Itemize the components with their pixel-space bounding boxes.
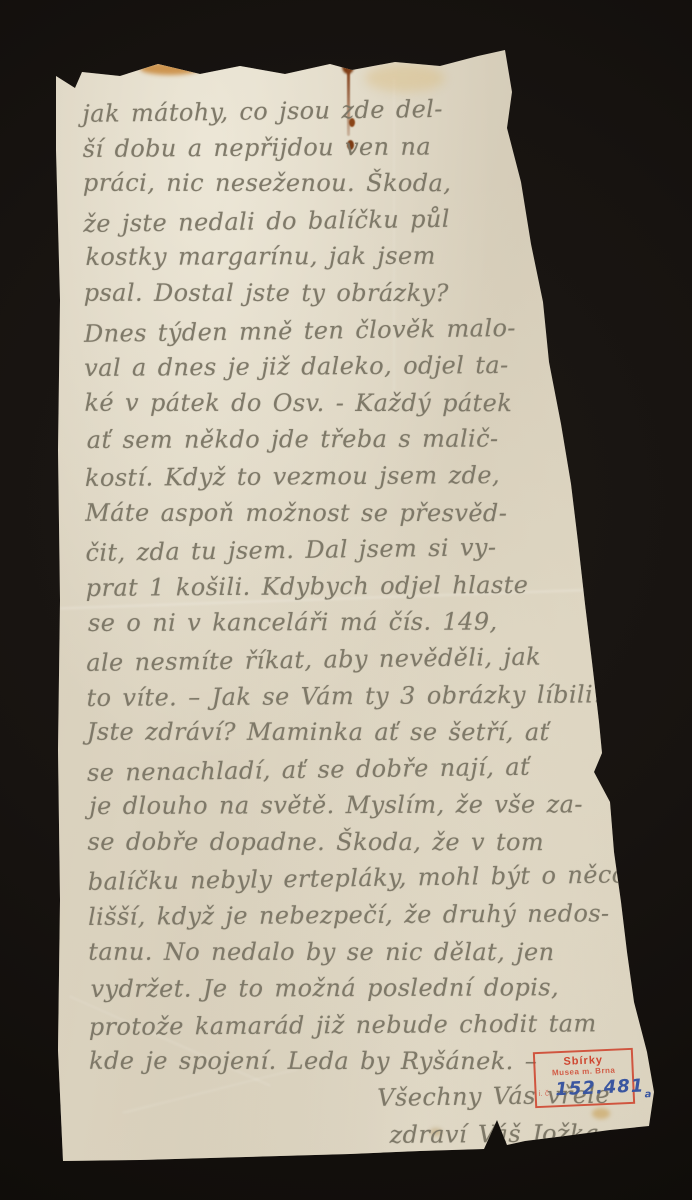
- edge-stain: [140, 62, 200, 75]
- letter-line: je dlouho na světě. Myslím, že vše za-: [89, 786, 649, 825]
- letter-line: čit, zda tu jsem. Dal jsem si vy-: [85, 527, 645, 571]
- letter-line: ší dobu a nepřijdou ven na: [83, 127, 643, 168]
- letter-line: Máte aspoň možnost se přesvěd-: [85, 494, 645, 531]
- inventory-prefix: i. č.: [538, 1088, 551, 1098]
- inventory-suffix: a: [644, 1089, 651, 1100]
- letter-line: ké v pátek do Osv. - Každý pátek: [84, 385, 644, 422]
- letter-line: vydržet. Je to možná poslední dopis,: [90, 969, 650, 1008]
- letter-line: ale nesmíte říkat, aby nevěděli, jak: [86, 637, 646, 681]
- letter-line: Dnes týden mně ten člověk malo-: [84, 308, 644, 352]
- letter-line: Jste zdráví? Maminka ať se šetří, ať: [87, 714, 647, 751]
- letter-line: práci, nic neseženou. Škoda,: [83, 165, 643, 202]
- letter-line: kostky margarínu, jak jsem: [85, 237, 645, 276]
- museum-stamp: Sbírky Musea m. Brna i. č. 152.481a: [533, 1048, 635, 1108]
- yellow-spot: [618, 1140, 633, 1150]
- letter-signature-line: zdraví Váš Jožka.: [89, 1115, 649, 1156]
- letter-line: protože kamarád již nebude chodit tam: [89, 1005, 649, 1046]
- letter-text: jak mátohy, co jsou zde del- ší dobu a n…: [82, 90, 649, 1155]
- inventory-number-line: i. č. 152.481a: [538, 1076, 639, 1105]
- letter-paper: jak mátohy, co jsou zde del- ší dobu a n…: [0, 0, 692, 1200]
- photograph: jak mátohy, co jsou zde del- ší dobu a n…: [0, 0, 692, 1200]
- letter-line: lišší, když je nebezpečí, že druhý nedos…: [88, 895, 648, 936]
- letter-line: ať sem někdo jde třeba s malič-: [87, 420, 647, 459]
- letter-line: val a dnes je již daleko, odjel ta-: [84, 346, 644, 387]
- letter-line: že jste nedali do balíčku půl: [83, 198, 643, 242]
- inventory-number: 152.481: [555, 1075, 645, 1100]
- letter-line: se dobře dopadne. Škoda, že v tom: [88, 824, 648, 861]
- letter-line: kostí. Když to vezmou jsem zde,: [85, 456, 645, 497]
- letter-line: tanu. No nedalo by se nic dělat, jen: [88, 933, 648, 970]
- letter-line: prat 1 košili. Kdybych odjel hlaste: [86, 566, 646, 607]
- letter-line: se o ni v kanceláři má čís. 149,: [88, 603, 648, 642]
- letter-line: to víte. – Jak se Vám ty 3 obrázky líbil…: [86, 676, 646, 717]
- letter-line: balíčku nebyly ertepláky, mohl být o něc…: [88, 857, 648, 901]
- letter-line: psal. Dostal jste ty obrázky?: [84, 275, 644, 312]
- letter-line: se nenachladí, ať se dobře nají, ať: [87, 747, 647, 791]
- faint-stain: [365, 64, 445, 92]
- letter-line: jak mátohy, co jsou zde del-: [82, 88, 642, 132]
